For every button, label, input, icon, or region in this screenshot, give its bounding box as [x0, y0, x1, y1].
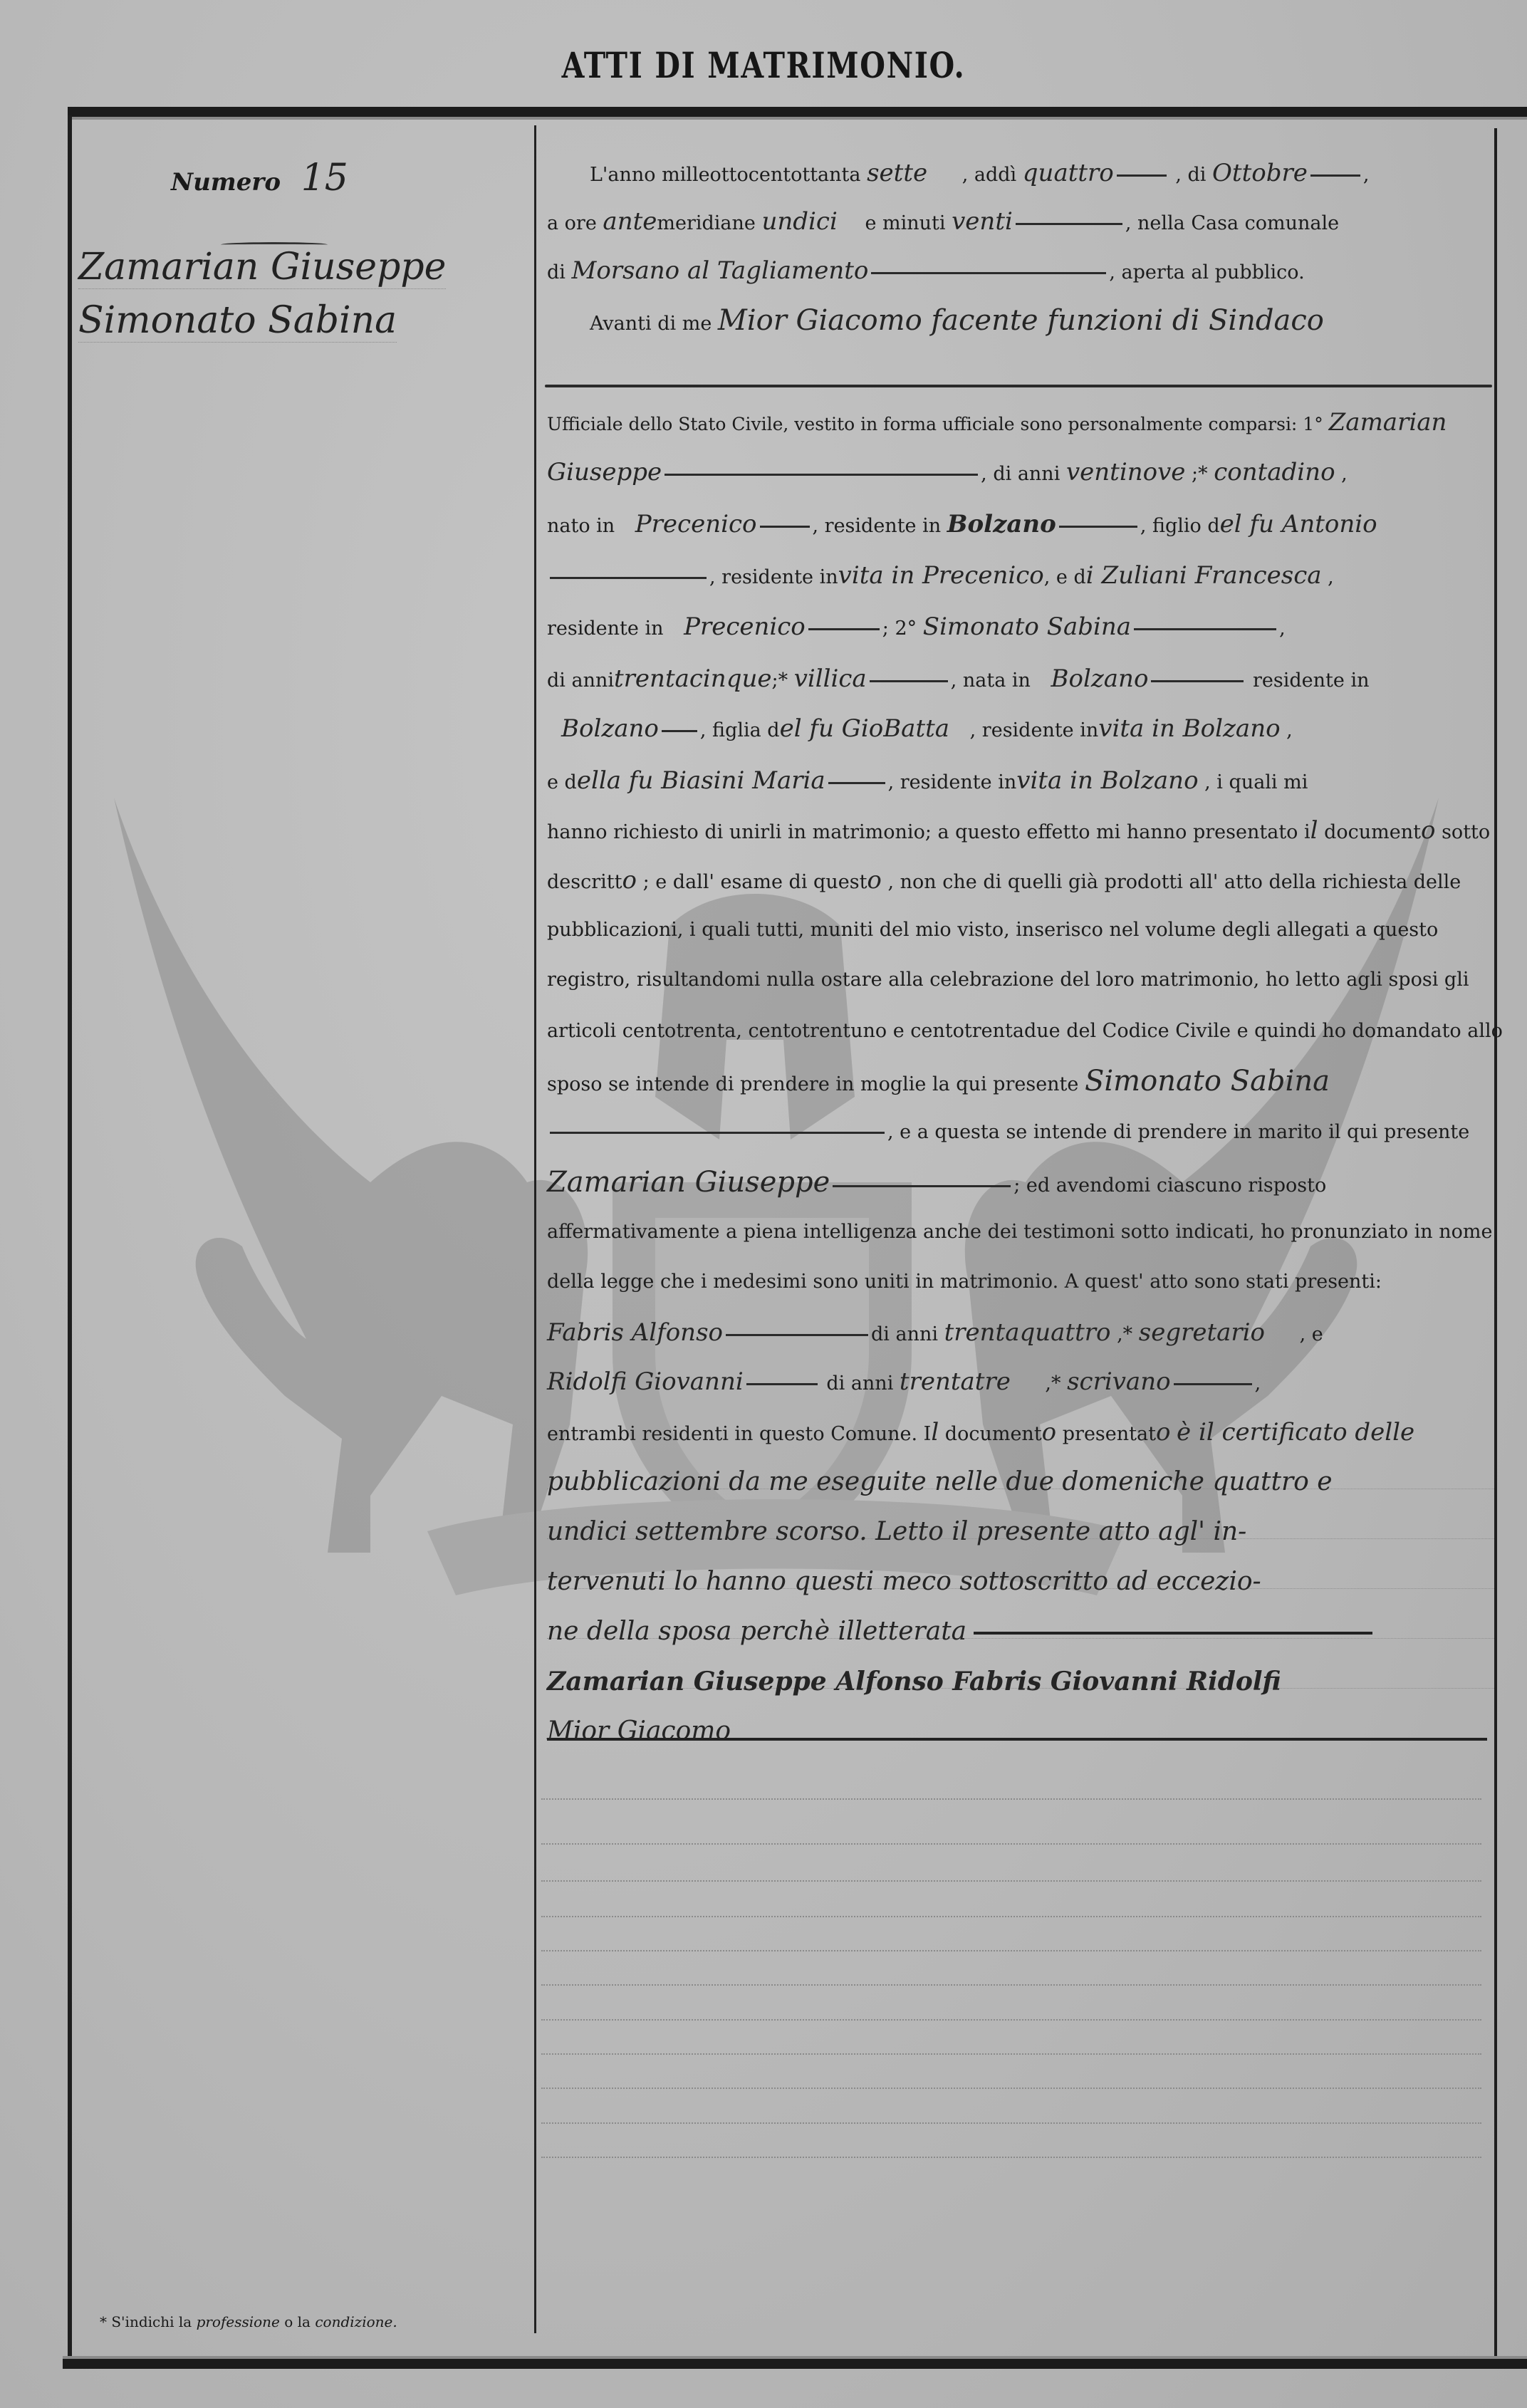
ruled-line: [541, 1880, 1481, 1882]
handwritten-fill: o: [867, 866, 881, 895]
blank-line: [828, 782, 885, 784]
act-line-20: Zamarian Giuseppe; ed avendomi ciascuno …: [547, 1169, 1487, 1199]
ruled-line: [541, 2157, 1481, 2158]
printed-text: sposo se intende di prendere in moglie l…: [547, 1073, 1078, 1095]
printed-text: , e d: [1044, 566, 1086, 588]
groom-name-margin: Zamarian Giuseppe: [78, 246, 446, 289]
bride-name-consent-field: Simonato Sabina: [1085, 1065, 1330, 1098]
act-line-12: e della fu Biasini Maria, residente invi…: [547, 768, 1487, 796]
witness-2-profession: scrivano: [1067, 1367, 1170, 1396]
printed-text: entrambi residenti in questo Comune. I: [547, 1423, 931, 1445]
act-line-4: Avanti di me Mior Giacomo facente funzio…: [547, 308, 1527, 337]
handwritten-fill: o: [1042, 1418, 1056, 1447]
blank-line: [1310, 174, 1360, 177]
handwritten-fill: l: [1310, 816, 1318, 845]
paper-background: [0, 0, 1527, 2408]
ruled-line: [541, 2122, 1481, 2124]
blank-line: [665, 474, 978, 476]
act-line-16: registro, risultandomi nulla ostare alla…: [547, 967, 1487, 993]
footnote-marker: *: [100, 2313, 107, 2330]
witness-1-name: Fabris Alfonso: [547, 1318, 723, 1347]
groom-father-field: el fu Antonio: [1220, 510, 1377, 538]
printed-text: Avanti di me: [590, 313, 712, 335]
act-line-19: , e a questa se intende di prendere in m…: [547, 1120, 1487, 1145]
printed-text: presentat: [1063, 1423, 1156, 1445]
footnote-text: S'indichi la: [111, 2313, 192, 2330]
groom-residence-field: Bolzano: [947, 510, 1056, 538]
printed-text: , e a questa se intende di prendere in m…: [887, 1121, 1469, 1143]
printed-text: , non che di quelli già prodotti all' at…: [888, 871, 1461, 893]
handwritten-note-line: pubblicazioni da me eseguite nelle due d…: [547, 1467, 1494, 1489]
blank-line: [760, 526, 810, 528]
ruled-line: [541, 1984, 1481, 1986]
bride-profession-field: villica: [794, 664, 867, 693]
act-line-14: descritto ; e dall' esame di questo , no…: [547, 867, 1487, 895]
officiant-field: Mior Giacomo facente funzioni di Sindaco: [718, 304, 1324, 337]
handwritten-note-line: ne della sposa perchè illetterata: [547, 1617, 1494, 1639]
printed-text: , residente in: [888, 771, 1017, 793]
printed-text: , aperta al pubblico.: [1109, 261, 1304, 283]
blank-line: [1151, 680, 1244, 682]
printed-text: , figlio d: [1140, 515, 1220, 537]
blank-line: [1016, 223, 1122, 225]
act-line-5: Ufficiale dello Stato Civile, vestito in…: [547, 410, 1487, 437]
handwritten-fill: l: [931, 1418, 939, 1447]
act-line-22: della legge che i medesimi sono uniti in…: [547, 1269, 1487, 1295]
printed-text: ; ed avendomi ciascuno risposto: [1013, 1174, 1326, 1197]
groom-birthplace-field: Precenico: [635, 510, 757, 538]
act-line-11: Bolzano, figlia del fu GioBatta , reside…: [547, 716, 1487, 744]
printed-text: nato in: [547, 515, 615, 537]
blank-line: [550, 1132, 885, 1134]
witness-2-line: Ridolfi Giovanni di anni trentatre ,* sc…: [547, 1369, 1487, 1397]
groom-surname-field: Zamarian: [1329, 408, 1447, 437]
bride-mother-field: ella fu Biasini Maria: [577, 766, 825, 795]
blank-line: [1117, 174, 1167, 177]
witness-1-age: trentaquattro: [944, 1318, 1111, 1347]
act-line-8: , residente invita in Precenico, e di Zu…: [547, 563, 1487, 590]
groom-mother-field: i Zuliani Francesca: [1086, 561, 1322, 590]
hour-field: undici: [761, 207, 837, 236]
blank-line: [1059, 526, 1137, 528]
blank-line: [550, 577, 707, 579]
printed-text: di anni: [871, 1323, 938, 1345]
bride-father-field: el fu GioBatta: [780, 714, 949, 743]
act-line-6: Giuseppe, di anni ventinove ;* contadino…: [547, 459, 1487, 487]
page-title: ATTI DI MATRIMONIO.: [137, 44, 1390, 86]
record-number: Numero 15: [171, 157, 348, 199]
handwritten-fill: o: [1156, 1418, 1170, 1447]
frame-top-border: [68, 107, 1527, 120]
blank-line: [1174, 1383, 1252, 1385]
printed-text: document: [1324, 821, 1421, 843]
printed-text: ; 2°: [882, 617, 917, 640]
printed-text: residente in: [1253, 669, 1369, 692]
printed-text: meridiane: [657, 212, 756, 234]
act-line-13: hanno richiesto di unirli in matrimonio;…: [547, 818, 1487, 845]
blank-line: [662, 730, 697, 732]
month-field: Ottobre: [1212, 159, 1308, 187]
printed-text: descritt: [547, 871, 622, 893]
frame-bottom-border: [63, 2356, 1527, 2369]
groom-profession-field: contadino: [1214, 458, 1335, 486]
printed-text: document: [945, 1423, 1042, 1445]
printed-text: di anni: [547, 669, 614, 692]
bride-name-margin: Simonato Sabina: [78, 299, 397, 343]
act-line-18: sposo se intende di prendere in moglie l…: [547, 1068, 1487, 1098]
printed-text: , figlia d: [700, 719, 780, 741]
footnote: * S'indichi la professione o la condizio…: [100, 2313, 397, 2330]
printed-text: , nata in: [951, 669, 1031, 692]
handwritten-fill: o: [1421, 816, 1435, 845]
printed-text: , di anni: [981, 463, 1060, 485]
act-line-25: entrambi residenti in questo Comune. Il …: [547, 1419, 1487, 1447]
act-line-15: pubblicazioni, i quali tutti, muniti del…: [547, 917, 1487, 943]
year-field: sette: [867, 159, 927, 187]
ruled-line: [541, 2019, 1481, 2021]
witness-2-name: Ridolfi Giovanni: [547, 1367, 744, 1396]
act-line-21: affermativamente a piena intelligenza an…: [547, 1219, 1487, 1245]
blank-line: [870, 680, 948, 682]
record-number-value: 15: [301, 157, 348, 199]
municipality-field: Morsano al Tagliamento: [572, 256, 869, 285]
bride-age-field: trentacinque: [614, 664, 771, 693]
footnote-italic: condizione.: [315, 2313, 397, 2330]
day-field: quattro: [1023, 159, 1114, 187]
minutes-field: venti: [952, 207, 1013, 236]
printed-text: , residente in: [709, 566, 838, 588]
printed-text: residente in: [547, 617, 663, 640]
blank-line: [833, 1185, 1011, 1187]
printed-text: ;*: [1192, 463, 1208, 485]
bride-residence-field: Bolzano: [561, 714, 659, 743]
printed-text: , residente in: [970, 719, 1099, 741]
printed-text: , residente in: [813, 515, 942, 537]
printed-text: di anni: [826, 1372, 893, 1395]
blank-line: [746, 1383, 818, 1385]
printed-text: , addì: [962, 164, 1016, 186]
section-separator: [545, 385, 1492, 387]
printed-text: ;*: [771, 669, 788, 692]
printed-text: hanno richiesto di unirli in matrimonio;…: [547, 821, 1310, 843]
act-line-10: di annitrentacinque;* villica, nata in B…: [547, 666, 1487, 694]
printed-text: ,*: [1117, 1323, 1132, 1345]
groom-mother-residence-field: Precenico: [684, 613, 806, 641]
bride-birthplace-field: Bolzano: [1051, 664, 1149, 693]
printed-text: , di: [1175, 164, 1206, 186]
act-line-1: L'anno milleottocentottanta sette , addì…: [547, 160, 1527, 188]
act-line-17: articoli centotrenta, centotrentuno e ce…: [547, 1018, 1487, 1044]
printed-text: ; e dall' esame di quest: [643, 871, 867, 893]
ruled-line: [541, 1843, 1481, 1845]
witness-1-profession: segretario: [1139, 1318, 1265, 1347]
printed-text: , i quali mi: [1204, 771, 1308, 793]
ruled-line: [541, 2053, 1481, 2055]
groom-father-residence-field: vita in Precenico: [838, 561, 1044, 590]
printed-text: L'anno milleottocentottanta: [590, 164, 861, 186]
printed-text: Ufficiale dello Stato Civile, vestito in…: [547, 414, 1323, 434]
act-line-9: residente in Precenico; 2° Simonato Sabi…: [547, 614, 1487, 642]
ruled-line: [541, 2088, 1481, 2089]
printed-text: e minuti: [865, 212, 945, 234]
frame-left-border: [68, 115, 72, 2359]
printed-text: , nella Casa comunale: [1125, 212, 1339, 234]
handwritten-fill: o: [622, 866, 636, 895]
blank-line: [726, 1334, 868, 1336]
bride-father-residence-field: vita in Bolzano: [1098, 714, 1280, 743]
handwritten-note-line: tervenuti lo hanno questi meco sottoscri…: [547, 1567, 1494, 1589]
blank-line: [1134, 628, 1276, 630]
act-line-3: di Morsano al Tagliamento, aperta al pub…: [547, 258, 1487, 286]
witness-2-age: trentatre: [900, 1367, 1011, 1396]
signature-line-officiant: Mior Giacomo: [547, 1716, 1487, 1741]
witness-1-line: Fabris Alfonsodi anni trentaquattro ,* s…: [547, 1320, 1487, 1348]
blank-line: [871, 272, 1106, 274]
printed-text: sotto: [1442, 821, 1490, 843]
footnote-text: o la: [284, 2313, 311, 2330]
bride-name-field: Simonato Sabina: [923, 613, 1131, 641]
ruled-line: [541, 1916, 1481, 1917]
groom-first-name-field: Giuseppe: [547, 458, 662, 486]
footnote-italic: professione: [197, 2313, 280, 2330]
handwritten-note-line: undici settembre scorso. Letto il presen…: [547, 1517, 1494, 1539]
printed-text: a ore: [547, 212, 597, 234]
blank-line: [808, 628, 880, 630]
printed-text: e d: [547, 771, 577, 793]
column-divider: [534, 125, 536, 2333]
printed-text: ,*: [1045, 1372, 1060, 1395]
bride-mother-residence-field: vita in Bolzano: [1016, 766, 1198, 795]
signature-line: Zamarian Giuseppe Alfonso Fabris Giovann…: [547, 1667, 1494, 1689]
groom-age-field: ventinove: [1066, 458, 1185, 486]
ruled-line: [541, 1950, 1481, 1951]
documents-description: è il certificato delle: [1177, 1418, 1414, 1447]
closing-line: [974, 1632, 1372, 1635]
act-line-2: a ore antemeridiane undici e minuti vent…: [547, 209, 1487, 236]
ruled-line: [541, 1798, 1481, 1800]
act-line-7: nato in Precenico, residente in Bolzano,…: [547, 511, 1487, 539]
record-number-label: Numero: [171, 168, 281, 197]
frame-right-border: [1494, 128, 1497, 2356]
groom-name-consent-field: Zamarian Giuseppe: [547, 1166, 830, 1199]
ante-field: ante: [603, 207, 657, 236]
printed-text: di: [547, 261, 566, 283]
handwritten-note-text: ne della sposa perchè illetterata: [547, 1617, 966, 1646]
printed-text: , e: [1300, 1323, 1323, 1345]
